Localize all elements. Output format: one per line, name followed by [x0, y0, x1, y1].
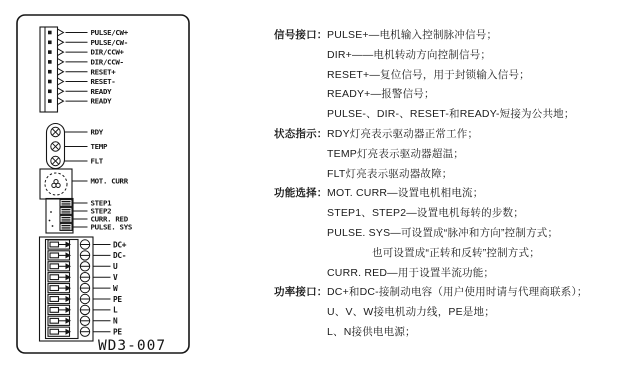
- signal-connector: PULSE/CW+ PULSE/CW- DIR/CCW+ DIR/CCW- RE…: [40, 27, 129, 112]
- section-title: 状态指示：: [274, 125, 327, 145]
- desc-line: 信号接口：PULSE+—电机输入控制脉冲信号；: [274, 26, 626, 46]
- desc-text: DIR+——电机转动方向控制信号；: [327, 49, 491, 61]
- rotary-current-selector: MOT. CURR: [40, 169, 129, 199]
- signal-pin-label: READY: [91, 97, 113, 106]
- power-pin-label: V: [113, 273, 118, 282]
- desc-text: U、V、W接电机动力线，PE是地；: [327, 306, 495, 318]
- desc-text: PULSE+—电机输入控制脉冲信号；: [327, 29, 497, 41]
- desc-line: DIR+——电机转动方向控制信号；: [274, 46, 626, 66]
- page: PULSE/CW+ PULSE/CW- DIR/CCW+ DIR/CCW- RE…: [0, 0, 628, 382]
- desc-section-function: 功能选择：MOT. CURR—设置电机相电流； STEP1、STEP2—设置电机…: [274, 184, 626, 283]
- desc-line: CURR. RED—用于设置半流功能；: [274, 264, 626, 284]
- power-pin-label: U: [113, 262, 118, 271]
- desc-text: CURR. RED—用于设置半流功能；: [327, 267, 494, 279]
- desc-line: U、V、W接电机动力线，PE是地；: [274, 303, 626, 323]
- desc-text: PULSE. SYS—可设置成“脉冲和方向”控制方式；: [327, 227, 558, 239]
- desc-text: FLT灯亮表示驱动器故障；: [327, 168, 453, 180]
- desc-text: 也可设置成“正转和反转”控制方式；: [372, 247, 540, 259]
- desc-text: MOT. CURR—设置电机相电流；: [327, 187, 483, 199]
- section-title: 功率接口：: [274, 283, 327, 303]
- desc-text: READY+—报警信号；: [327, 88, 435, 100]
- signal-pin-label: PULSE/CW-: [91, 38, 128, 47]
- power-terminal-block: DC+ DC- U V: [40, 237, 127, 341]
- power-pin-label: N: [113, 317, 118, 326]
- desc-text: RDY灯亮表示驱动器正常工作；: [327, 128, 478, 140]
- led-label: FLT: [91, 157, 104, 166]
- signal-pin-label: READY: [91, 87, 113, 96]
- desc-line: 也可设置成“正转和反转”控制方式；: [274, 244, 626, 264]
- rotary-label: MOT. CURR: [91, 177, 129, 186]
- section-title: 信号接口：: [274, 26, 327, 46]
- signal-pin-label: DIR/CCW+: [91, 48, 125, 57]
- section-title: 功能选择：: [274, 184, 327, 204]
- dip-label: PULSE. SYS: [91, 223, 133, 232]
- desc-line: RESET+—复位信号，用于封锁输入信号；: [274, 66, 626, 86]
- desc-line: TEMP灯亮表示驱动器超温；: [274, 145, 626, 165]
- desc-section-power: 功率接口：DC+和DC-接制动电容（用户使用时请与代理商联系）； U、V、W接电…: [274, 283, 626, 342]
- power-pin-label: PE: [113, 295, 122, 304]
- power-pin-label: W: [113, 284, 118, 293]
- dip-switch-block: STEP1 STEP2 CURR. RED PULSE. SYS: [46, 199, 132, 234]
- led-label: RDY: [91, 128, 104, 137]
- desc-line: 功能选择：MOT. CURR—设置电机相电流；: [274, 184, 626, 204]
- desc-line: PULSE. SYS—可设置成“脉冲和方向”控制方式；: [274, 224, 626, 244]
- desc-text: DC+和DC-接制动电容（用户使用时请与代理商联系）；: [327, 286, 588, 298]
- desc-text: TEMP灯亮表示驱动器超温；: [327, 148, 464, 160]
- power-pin-label: DC-: [113, 251, 126, 260]
- desc-line: PULSE-、DIR-、RESET-和READY-短接为公共地；: [274, 105, 626, 125]
- desc-line: READY+—报警信号；: [274, 85, 626, 105]
- model-label: WD3-007: [98, 338, 166, 354]
- desc-line: 状态指示：RDY灯亮表示驱动器正常工作；: [274, 125, 626, 145]
- desc-text: L、N接供电电源；: [327, 326, 416, 338]
- led-indicators: RDY TEMP FLT: [47, 124, 108, 169]
- desc-section-signal: 信号接口：PULSE+—电机输入控制脉冲信号； DIR+——电机转动方向控制信号…: [274, 26, 626, 125]
- desc-text: RESET+—复位信号，用于封锁输入信号；: [327, 69, 530, 81]
- desc-text: PULSE-、DIR-、RESET-和READY-短接为公共地；: [327, 108, 575, 120]
- power-pin-label: DC+: [113, 240, 127, 249]
- description-panel: 信号接口：PULSE+—电机输入控制脉冲信号； DIR+——电机转动方向控制信号…: [274, 26, 626, 343]
- desc-line: FLT灯亮表示驱动器故障；: [274, 165, 626, 185]
- power-pin-label: PE: [113, 328, 122, 337]
- desc-section-status: 状态指示：RDY灯亮表示驱动器正常工作； TEMP灯亮表示驱动器超温； FLT灯…: [274, 125, 626, 184]
- desc-text: STEP1、STEP2—设置电机每转的步数；: [327, 207, 524, 219]
- signal-pin-label: RESET-: [91, 77, 116, 86]
- power-pin-label: L: [113, 306, 118, 315]
- led-label: TEMP: [91, 142, 108, 151]
- desc-line: STEP1、STEP2—设置电机每转的步数；: [274, 204, 626, 224]
- driver-panel-diagram: PULSE/CW+ PULSE/CW- DIR/CCW+ DIR/CCW- RE…: [0, 0, 270, 382]
- desc-line: 功率接口：DC+和DC-接制动电容（用户使用时请与代理商联系）；: [274, 283, 626, 303]
- signal-pin-label: RESET+: [91, 67, 117, 76]
- signal-pin-label: DIR/CCW-: [91, 58, 124, 67]
- desc-line: L、N接供电电源；: [274, 323, 626, 343]
- signal-pin-label: PULSE/CW+: [91, 28, 129, 37]
